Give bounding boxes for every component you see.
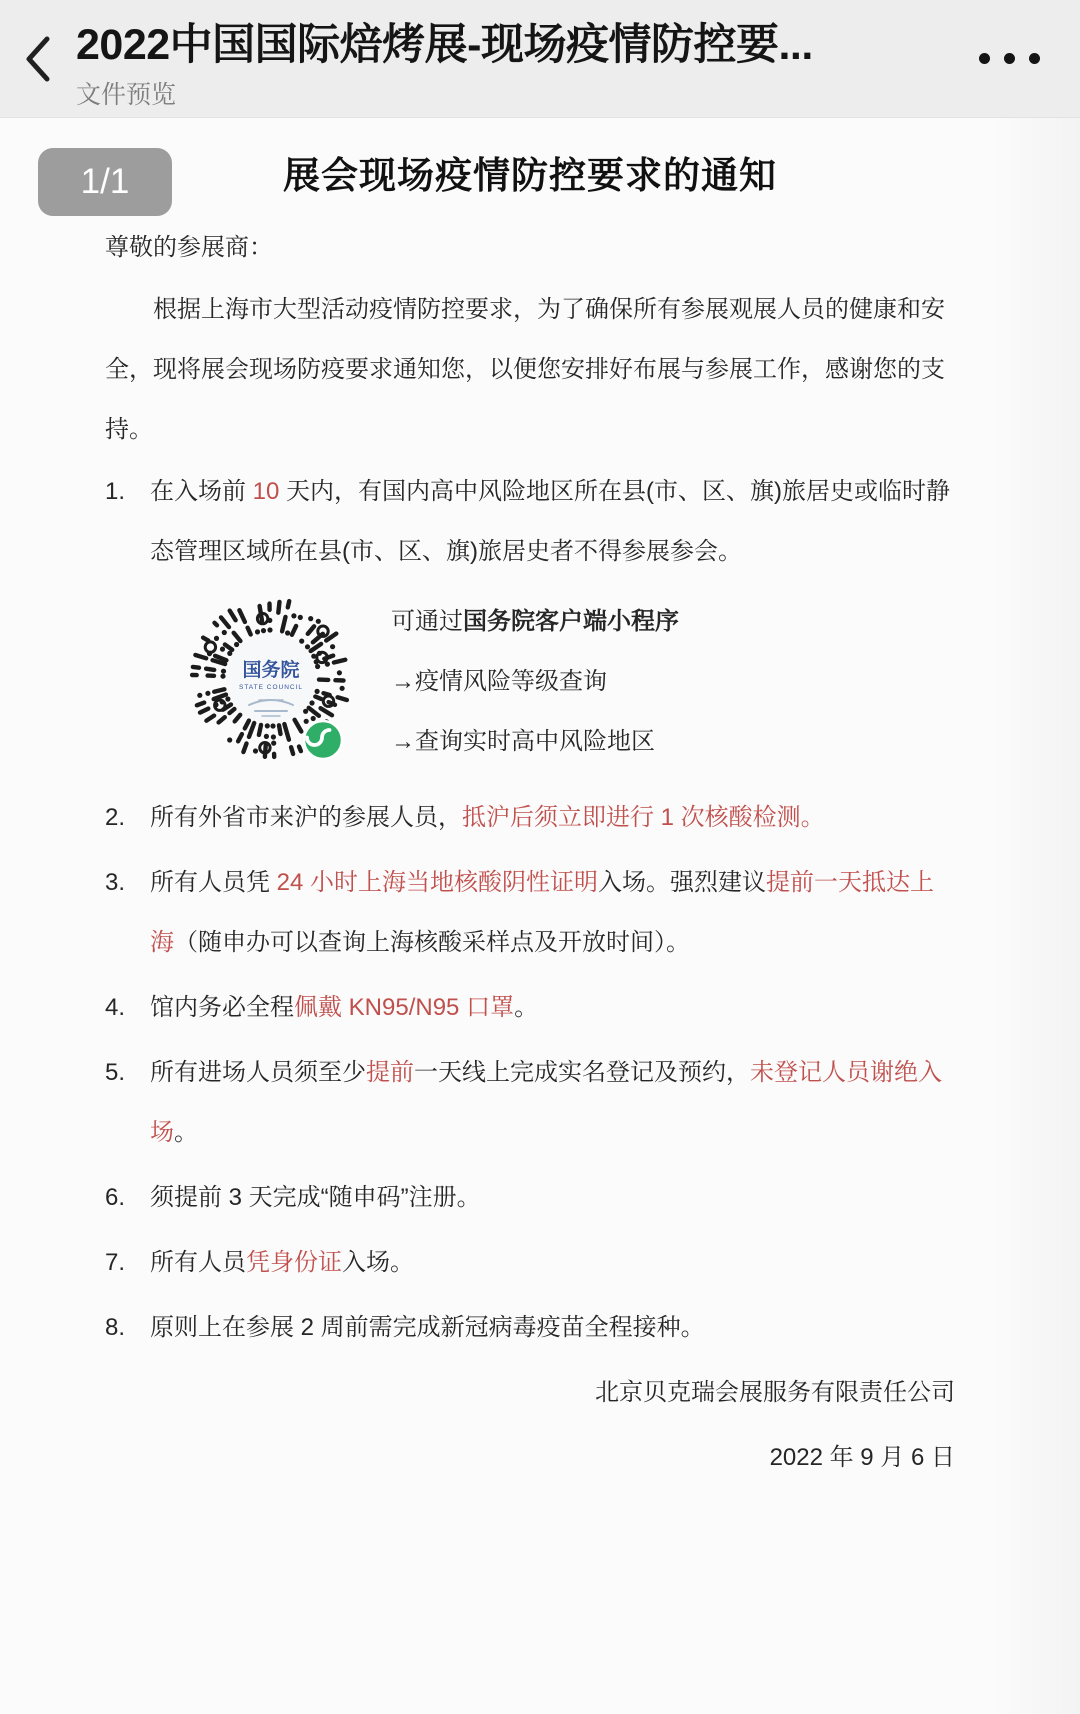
- list-item-text: 在入场前 10 天内，有国内高中风险地区所在县(市、区、旗)旅居史或临时静态管理…: [150, 462, 955, 582]
- page-indicator-badge: 1/1: [38, 148, 172, 216]
- list-item: 3.所有人员凭 24 小时上海当地核酸阴性证明入场。强烈建议提前一天抵达上海（随…: [105, 853, 955, 973]
- list-item-number: 3.: [105, 853, 150, 973]
- list-item: 6.须提前 3 天完成“随申码”注册。: [105, 1168, 955, 1228]
- list-item-text: 所有人员凭 24 小时上海当地核酸阴性证明入场。强烈建议提前一天抵达上海（随申办…: [150, 853, 955, 973]
- list-item: 7.所有人员凭身份证入场。: [105, 1233, 955, 1293]
- intro-paragraph: 根据上海市大型活动疫情防控要求，为了确保所有参展观展人员的健康和安全，现将展会现…: [105, 280, 955, 460]
- list-item-text: 馆内务必全程佩戴 KN95/N95 口罩。: [150, 978, 955, 1038]
- list-item-text: 所有外省市来沪的参展人员，抵沪后须立即进行 1 次核酸检测。: [150, 788, 955, 848]
- document-page: 1/1 展会现场疫情防控要求的通知 尊敬的参展商： 根据上海市大型活动疫情防控要…: [0, 118, 1080, 1714]
- more-dot-icon: [979, 53, 990, 64]
- list-item-text: 所有进场人员须至少提前一天线上完成实名登记及预约，未登记人员谢绝入场。: [150, 1043, 955, 1163]
- miniprogram-logo-icon: [304, 721, 342, 759]
- state-council-miniprogram-qr-icon: 国务院 STATE COUNCIL: [185, 592, 357, 774]
- more-menu-button[interactable]: [950, 53, 1080, 64]
- qr-caption-line: →查询实时高中风险地区: [391, 712, 679, 772]
- document-title: 展会现场疫情防控要求的通知: [105, 144, 955, 208]
- signature-date: 2022 年 9 月 6 日: [105, 1428, 955, 1488]
- qr-center-subtitle: STATE COUNCIL: [239, 684, 303, 691]
- qr-captions: 可通过国务院客户端小程序→疫情风险等级查询→查询实时高中风险地区: [391, 592, 679, 772]
- list-item-text: 所有人员凭身份证入场。: [150, 1233, 955, 1293]
- list-item: 8.原则上在参展 2 周前需完成新冠病毒疫苗全程接种。: [105, 1298, 955, 1358]
- preview-label: 文件预览: [76, 75, 950, 111]
- file-title: 2022中国国际焙烤展-现场疫情防控要...: [76, 11, 950, 72]
- file-title-block: 2022中国国际焙烤展-现场疫情防控要... 文件预览: [76, 7, 950, 111]
- list-item-number: 4.: [105, 978, 150, 1038]
- list-item: 5.所有进场人员须至少提前一天线上完成实名登记及预约，未登记人员谢绝入场。: [105, 1043, 955, 1163]
- list-item-number: 7.: [105, 1233, 150, 1293]
- app-bar: 2022中国国际焙烤展-现场疫情防控要... 文件预览: [0, 0, 1080, 118]
- list-item-number: 2.: [105, 788, 150, 848]
- signature-company: 北京贝克瑞会展服务有限责任公司: [105, 1363, 955, 1423]
- numbered-list-tail: 2.所有外省市来沪的参展人员，抵沪后须立即进行 1 次核酸检测。3.所有人员凭 …: [105, 788, 955, 1358]
- list-item-number: 1.: [105, 462, 150, 582]
- list-item-number: 8.: [105, 1298, 150, 1358]
- list-item-text: 须提前 3 天完成“随申码”注册。: [150, 1168, 955, 1228]
- list-item: 2.所有外省市来沪的参展人员，抵沪后须立即进行 1 次核酸检测。: [105, 788, 955, 848]
- list-item-text: 原则上在参展 2 周前需完成新冠病毒疫苗全程接种。: [150, 1298, 955, 1358]
- numbered-list-head: 1.在入场前 10 天内，有国内高中风险地区所在县(市、区、旗)旅居史或临时静态…: [105, 462, 955, 582]
- qr-center-title: 国务院: [242, 658, 299, 681]
- chevron-left-icon: [21, 33, 55, 85]
- list-item: 1.在入场前 10 天内，有国内高中风险地区所在县(市、区、旗)旅居史或临时静态…: [105, 462, 955, 582]
- list-item-number: 5.: [105, 1043, 150, 1163]
- salutation: 尊敬的参展商：: [105, 218, 955, 278]
- qr-caption-line: 可通过国务院客户端小程序: [391, 592, 679, 652]
- list-item-number: 6.: [105, 1168, 150, 1228]
- more-dot-icon: [1029, 53, 1040, 64]
- qr-caption-line: →疫情风险等级查询: [391, 652, 679, 712]
- more-dot-icon: [1004, 53, 1015, 64]
- back-button[interactable]: [0, 0, 76, 117]
- list-item: 4.馆内务必全程佩戴 KN95/N95 口罩。: [105, 978, 955, 1038]
- qr-block: 国务院 STATE COUNCIL 可通过国务院客户端小程序→疫情风险等级查询→…: [185, 592, 955, 774]
